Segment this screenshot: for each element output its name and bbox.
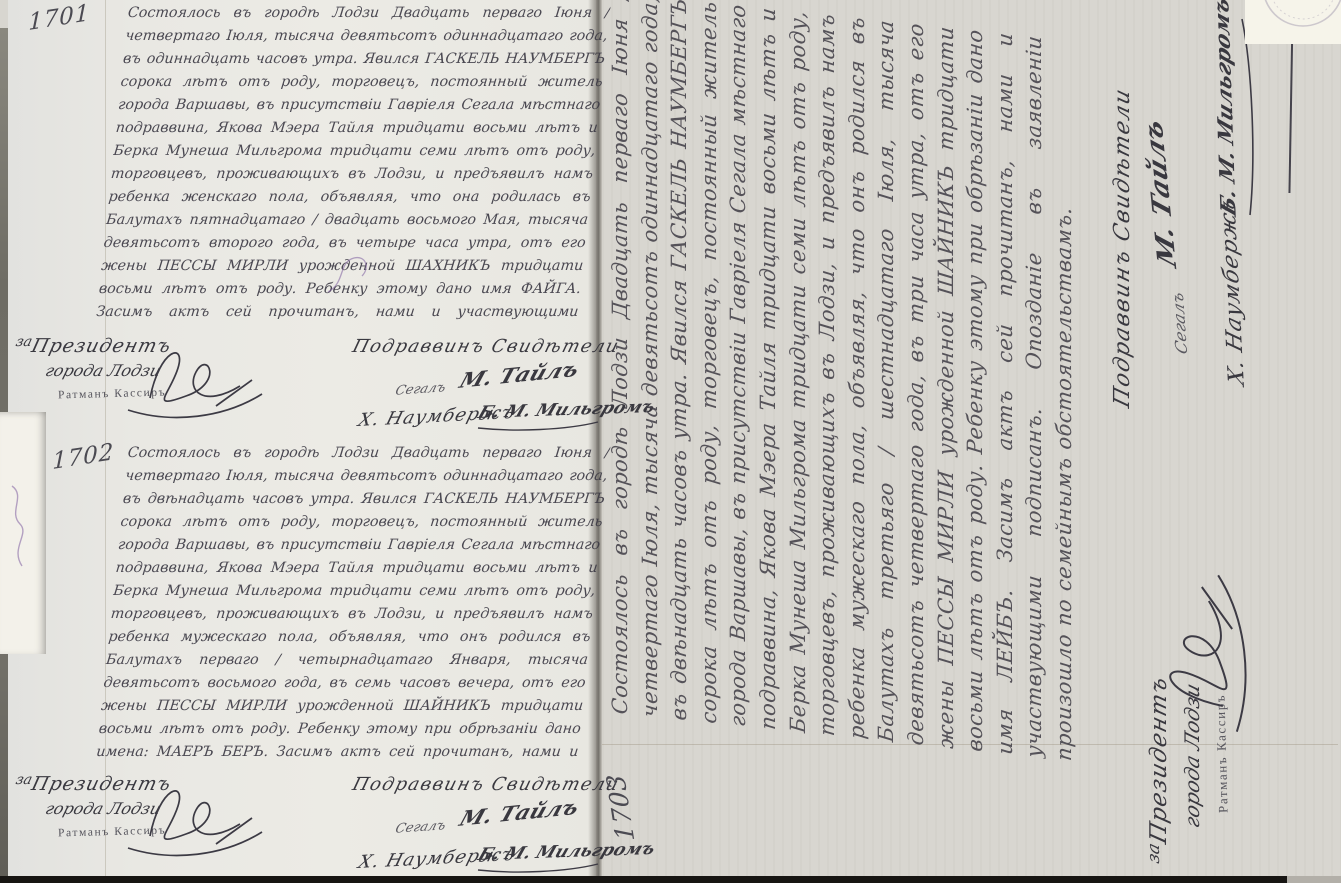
president-signature-flourish xyxy=(1148,566,1258,741)
signature-underline xyxy=(1240,17,1254,217)
round-seal-stamp xyxy=(1257,0,1341,42)
scan-bottom-bar xyxy=(0,876,1287,883)
witness-signature-1: М. Тайлъ xyxy=(456,794,582,831)
witnesses-heading: Подраввинъ Свидѣтели xyxy=(350,774,622,795)
rotated-page-content: 1703 Состоялось въ городѣ Лодзи Двадцать… xyxy=(602,0,1338,883)
rabbi-signature: Сегалъ xyxy=(394,380,448,398)
witnesses-heading: Подраввинъ Свидѣтели xyxy=(350,336,622,357)
scan-bottom-bar-end xyxy=(1287,876,1341,883)
record-number: 1703 xyxy=(600,774,640,841)
rabbi-signature: Сегалъ xyxy=(1168,290,1191,356)
witness-signature-2: Б. М. Мильгромъ xyxy=(1208,0,1240,219)
record-body-1702: Состоялось въ городѣ Лодзи Двадцать перв… xyxy=(95,442,611,764)
pencil-scribble xyxy=(6,482,32,572)
signature-underline xyxy=(476,420,600,432)
signature-block-1703-president: за Президентъ города Лодзи Ратманъ Касси… xyxy=(1130,571,1330,871)
signature-block-1701: за Президентъ города Лодзи Ратманъ Касси… xyxy=(8,328,596,440)
rabbi-signature: Сегалъ xyxy=(394,818,448,836)
record-body-1703: Состоялось въ городѣ Лодзи Двадцать перв… xyxy=(606,0,1108,765)
witness-signature-1: М. Тайлъ xyxy=(1139,115,1183,271)
president-signature-flourish xyxy=(120,774,270,864)
signature-block-1703-witnesses: Подраввинъ Свидѣтели Сегалъ М. Тайлъ Х. … xyxy=(1100,13,1338,413)
witnesses-heading: Подраввинъ Свидѣтели xyxy=(1110,85,1135,410)
loose-paper-strip xyxy=(0,412,46,654)
signature-block-1702: за Президентъ города Лодзи Ратманъ Касси… xyxy=(8,766,596,883)
president-prefix: за xyxy=(1144,841,1164,865)
witness-signature-1: М. Тайлъ xyxy=(456,356,582,393)
signature-underline xyxy=(476,862,600,874)
president-signature-flourish xyxy=(120,336,270,426)
pencil-scribble xyxy=(320,252,380,298)
father-signature: Х. Наумбержъ xyxy=(1215,193,1250,388)
register-scan: 1701 Состоялось въ городѣ Лодзи Двадцать… xyxy=(0,0,1341,883)
corner-paper-patch xyxy=(1245,0,1341,44)
